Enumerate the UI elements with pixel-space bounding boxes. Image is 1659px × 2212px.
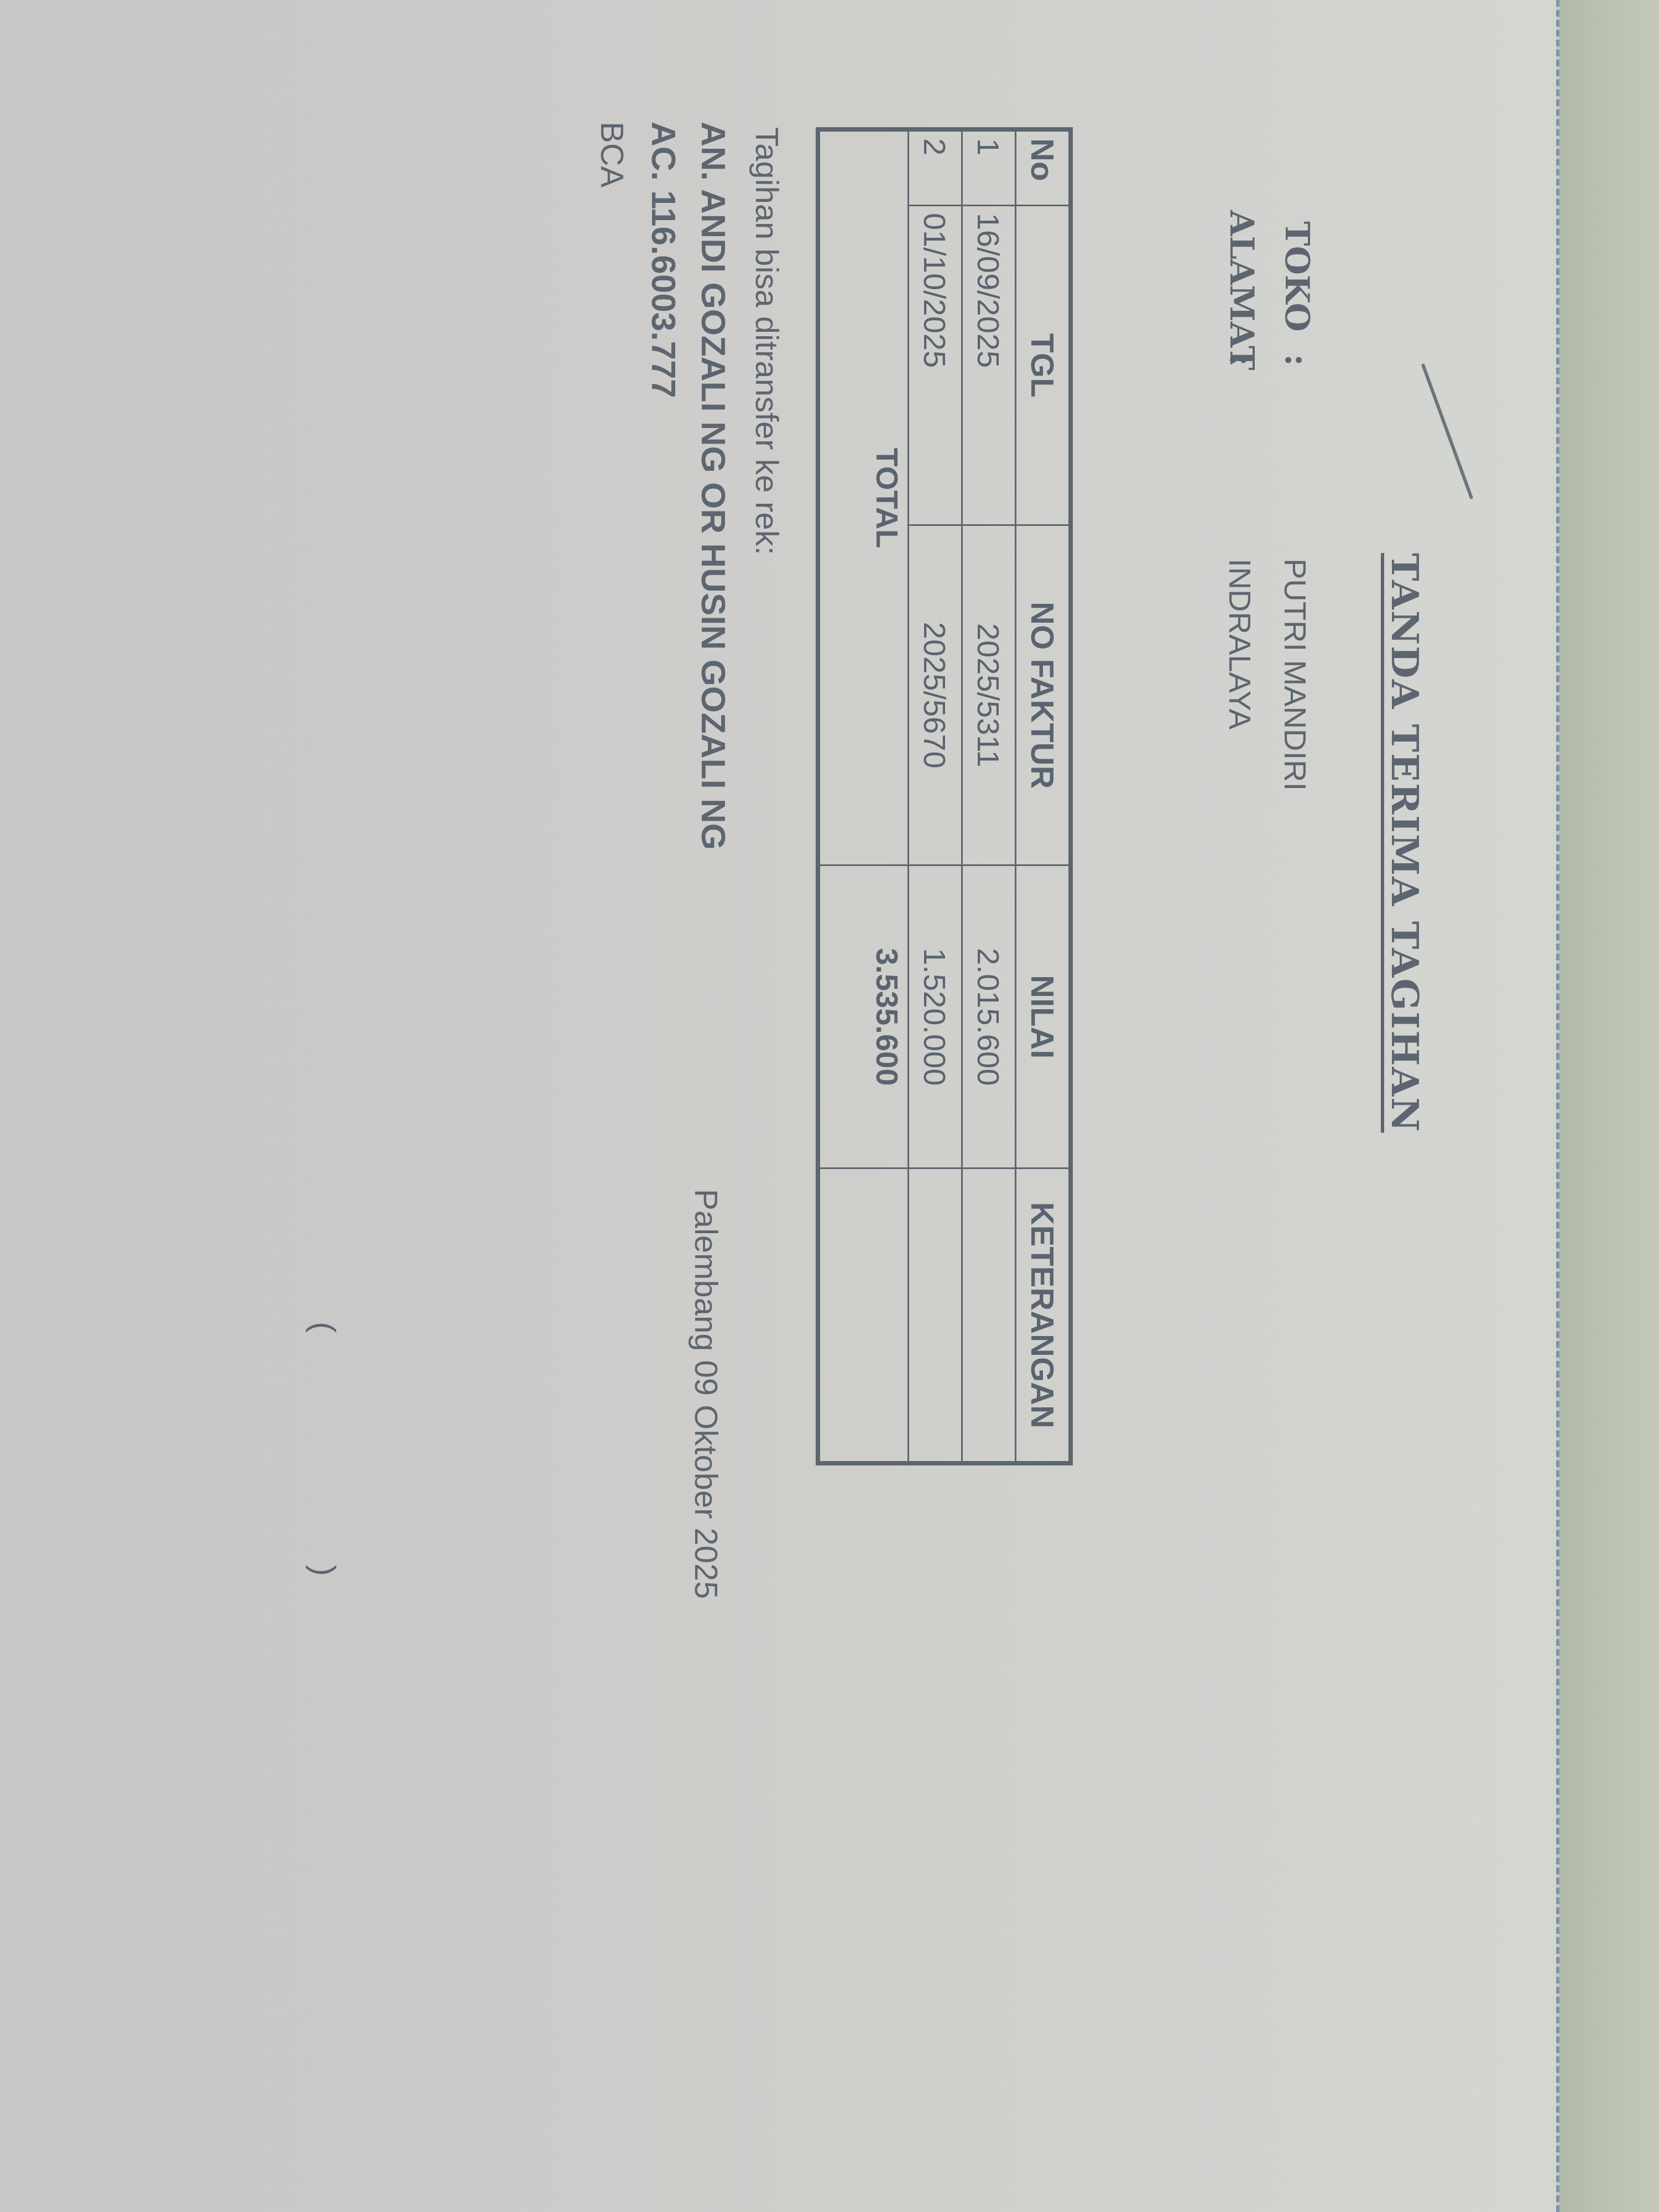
table-header-row: No TGL NO FAKTUR NILAI KETERANGAN xyxy=(1016,129,1071,1463)
account-number: AC. 116.6003.777 xyxy=(644,122,683,398)
table-row: 1 16/09/2025 2025/5311 2.015.600 xyxy=(962,129,1016,1463)
document-title: TANDA TERIMA TAGIHAN xyxy=(1383,553,1427,1133)
cell-keterangan xyxy=(909,1168,962,1463)
field-separator-alamat: : xyxy=(1222,354,1261,366)
total-keterangan xyxy=(818,1168,909,1463)
total-label: TOTAL xyxy=(818,129,909,865)
cell-tgl: 01/10/2025 xyxy=(909,205,962,525)
header-no-faktur: NO FAKTUR xyxy=(1016,525,1071,865)
header-tgl: TGL xyxy=(1016,205,1071,525)
account-holder: AN. ANDI GOZALI NG OR HUSIN GOZALI NG xyxy=(693,122,733,850)
signature-open-bracket: ( xyxy=(305,1322,343,1333)
place-date: Palembang 09 Oktober 2025 xyxy=(687,1189,724,1599)
header-nilai: NILAI xyxy=(1016,865,1071,1168)
cell-keterangan xyxy=(962,1168,1016,1463)
bank-name: BCA xyxy=(593,122,630,187)
field-label-alamat: ALAMAT xyxy=(1222,210,1261,371)
cell-no-faktur: 2025/5670 xyxy=(909,525,962,865)
field-value-toko: PUTRI MANDIRI xyxy=(1277,559,1313,791)
signature-close-bracket: ) xyxy=(305,1565,343,1576)
cell-nilai: 1.520.000 xyxy=(909,865,962,1168)
cell-no: 2 xyxy=(909,129,962,205)
field-separator-toko: : xyxy=(1277,354,1316,366)
cell-nilai: 2.015.600 xyxy=(962,865,1016,1168)
table-row: 2 01/10/2025 2025/5670 1.520.000 xyxy=(909,129,962,1463)
table-total-row: TOTAL 3.535.600 xyxy=(818,129,909,1463)
document-page: TANDA TERIMA TAGIHAN TOKO : PUTRI MANDIR… xyxy=(0,0,1659,2212)
invoice-table: No TGL NO FAKTUR NILAI KETERANGAN 1 16/0… xyxy=(816,127,1073,1465)
header-no: No xyxy=(1016,129,1071,205)
header-keterangan: KETERANGAN xyxy=(1016,1168,1071,1463)
total-value: 3.535.600 xyxy=(818,865,909,1168)
field-value-alamat: INDRALAYA xyxy=(1222,559,1258,729)
cell-no-faktur: 2025/5311 xyxy=(962,525,1016,865)
cell-no: 1 xyxy=(962,129,1016,205)
payment-instruction: Tagihan bisa ditransfer ke rek: xyxy=(748,127,785,555)
cell-tgl: 16/09/2025 xyxy=(962,205,1016,525)
field-label-toko: TOKO xyxy=(1277,221,1316,332)
